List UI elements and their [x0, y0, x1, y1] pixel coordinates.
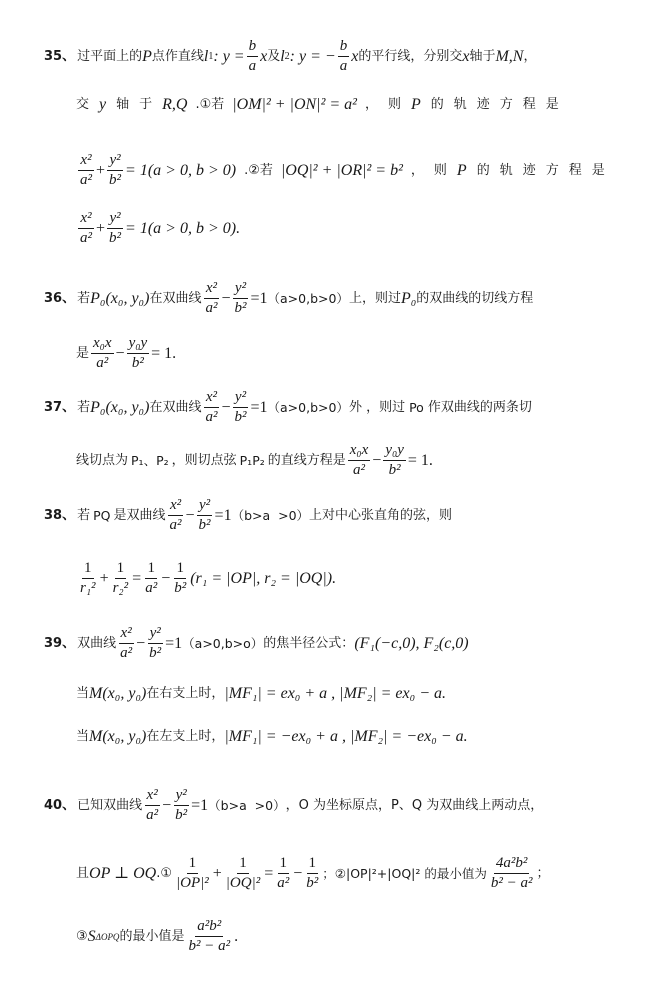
fraction: x²a² — [203, 389, 219, 426]
fraction: y²b² — [107, 210, 123, 247]
item-38-line-2: 1r₁² + 1r₂² = 1a² − 1b² (r₁ = |OP|, r₂ =… — [76, 560, 336, 597]
item-35-line-3: x²a² + y²b² = 1(a > 0, b > 0) .②若 |OQ|² … — [76, 152, 615, 189]
fraction: 4a²b²b² − a² — [489, 855, 535, 892]
document-page: 35、 过平面上的 P 点作直线 l1 : y = ba x 及 l2 : y … — [0, 0, 656, 1000]
fraction: ba — [338, 38, 350, 75]
item-35-line-2: 交 y 轴于 R,Q .①若 |OM|² + |ON|² = a² ，则 P 的… — [76, 95, 569, 115]
fraction: x²a² — [78, 210, 94, 247]
item-40-line-2: 且 OP ⊥ OQ .① 1|OP|² + 1|OQ|² = 1a² − 1b²… — [76, 855, 550, 892]
fraction: y²b² — [173, 787, 189, 824]
fraction: 1|OQ|² — [224, 855, 262, 892]
fraction: 1a² — [275, 855, 291, 892]
fraction: x₀xa² — [91, 335, 114, 372]
fraction: y²b² — [232, 280, 248, 317]
fraction: 1b² — [304, 855, 320, 892]
fraction: x²a² — [144, 787, 160, 824]
item-35-line-4: x²a² + y²b² = 1(a > 0, b > 0). — [76, 210, 240, 247]
fraction: y₀yb² — [127, 335, 150, 372]
item-36-line-2: 是 x₀xa² − y₀yb² = 1. — [76, 335, 176, 372]
fraction: 1b² — [172, 560, 188, 597]
fraction: x²a² — [118, 625, 134, 662]
fraction: 1a² — [143, 560, 159, 597]
fraction: x²a² — [168, 497, 184, 534]
item-36-line-1: 36、 若 P₀(x₀, y₀) 在双曲线 x²a² − y²b² =1 （a>… — [44, 280, 533, 317]
fraction: a²b²b² − a² — [186, 918, 232, 955]
fraction: ba — [247, 38, 259, 75]
fraction: y₀yb² — [383, 442, 406, 479]
fraction: y²b² — [197, 497, 213, 534]
item-40-line-3: ③ SΔOPQ 的最小值是 a²b²b² − a² . — [76, 918, 238, 955]
item-38-line-1: 38、 若 PQ 是双曲线 x²a² − y²b² =1 （b>a >0） 上对… — [44, 497, 452, 534]
item-35-line-1: 35、 过平面上的 P 点作直线 l1 : y = ba x 及 l2 : y … — [44, 38, 536, 75]
fraction: 1|OP|² — [174, 855, 211, 892]
fraction: y²b² — [107, 152, 123, 189]
item-40-line-1: 40、 已知双曲线 x²a² − y²b² =1 （b>a >0） ，O 为坐标… — [44, 787, 543, 824]
item-39-line-3: 当 M(x₀, y₀) 在左支上时， |MF₁| = −ex₀ + a , |M… — [76, 727, 468, 747]
item-37-line-1: 37、 若 P₀(x₀, y₀) 在双曲线 x²a² − y²b² =1 （a>… — [44, 389, 532, 426]
fraction: 1r₂² — [111, 560, 131, 597]
item-number: 35、 — [44, 47, 75, 67]
item-39-line-2: 当 M(x₀, y₀) 在右支上时， |MF₁| = ex₀ + a , |MF… — [76, 684, 446, 704]
fraction: 1r₁² — [78, 560, 98, 597]
fraction: x²a² — [78, 152, 94, 189]
item-37-line-2: 线切点为 P₁、P₂ ，则切点弦 P₁P₂ 的直线方程是 x₀xa² − y₀y… — [76, 442, 433, 479]
fraction: y²b² — [147, 625, 163, 662]
fraction: x²a² — [203, 280, 219, 317]
item-39-line-1: 39、 双曲线 x²a² − y²b² =1 （a>0,b>o） 的焦半径公式：… — [44, 625, 469, 662]
fraction: y²b² — [232, 389, 248, 426]
fraction: x₀xa² — [348, 442, 371, 479]
